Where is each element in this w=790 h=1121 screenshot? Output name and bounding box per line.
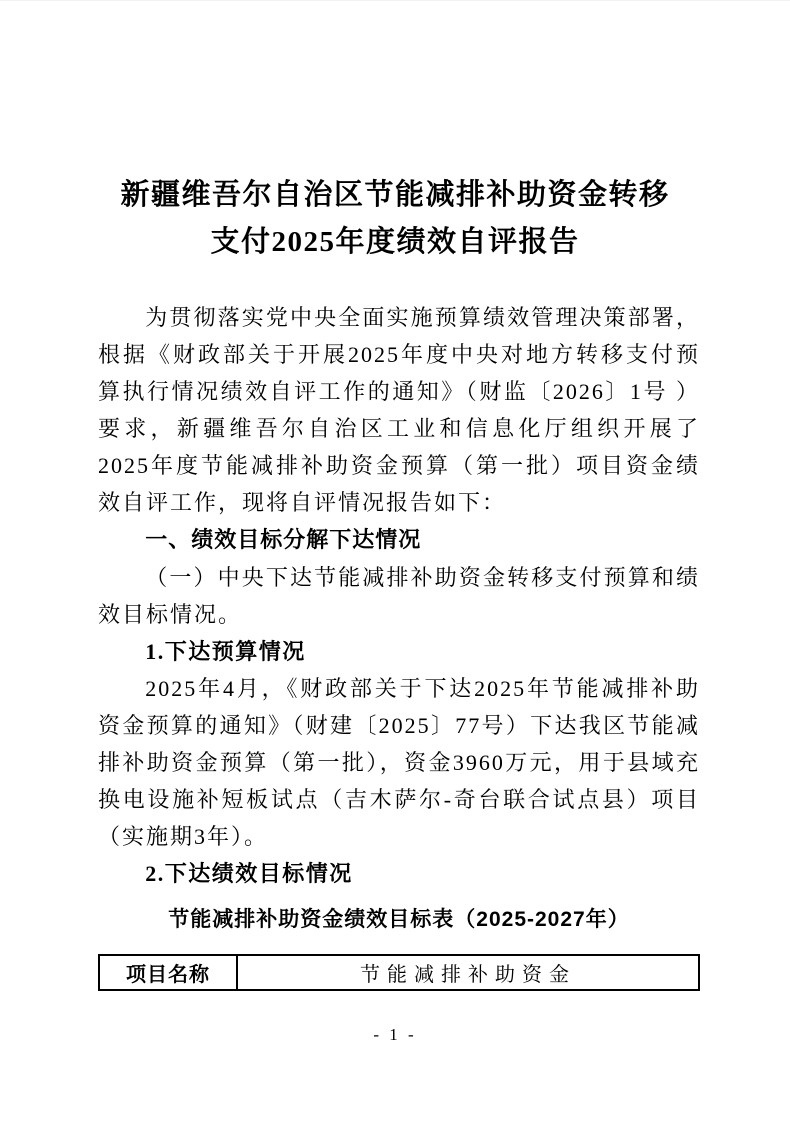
document-title-line1: 新疆维吾尔自治区节能减排补助资金转移 [40,172,750,219]
table-row: 项目名称 节能减排补助资金 [99,955,699,990]
performance-goal-table: 项目名称 节能减排补助资金 [98,954,700,991]
page-number: - 1 - [0,1025,790,1045]
item1-budget-heading: 1.下达预算情况 [98,633,700,670]
item1-budget-body: 2025年4月，《财政部关于下达2025年节能减排补助资金预算的通知》（财建〔2… [98,670,700,855]
project-name-label-cell: 项目名称 [99,955,237,990]
document-page: 新疆维吾尔自治区节能减排补助资金转移 支付2025年度绩效自评报告 为贯彻落实党… [0,0,790,1121]
intro-paragraph: 为贯彻落实党中央全面实施预算绩效管理决策部署，根据《财政部关于开展2025年度中… [98,299,700,521]
document-title-line2: 支付2025年度绩效自评报告 [40,219,750,266]
document-body: 为贯彻落实党中央全面实施预算绩效管理决策部署，根据《财政部关于开展2025年度中… [98,299,700,991]
document-title: 新疆维吾尔自治区节能减排补助资金转移 支付2025年度绩效自评报告 [40,172,750,266]
project-name-value-cell: 节能减排补助资金 [237,955,699,990]
item2-goal-heading: 2.下达绩效目标情况 [98,855,700,892]
performance-goal-table-title: 节能减排补助资金绩效目标表（2025-2027年） [98,899,700,941]
section1-sub1-heading: （一）中央下达节能减排补助资金转移支付预算和绩效目标情况。 [98,559,700,633]
section1-heading: 一、绩效目标分解下达情况 [98,521,700,559]
